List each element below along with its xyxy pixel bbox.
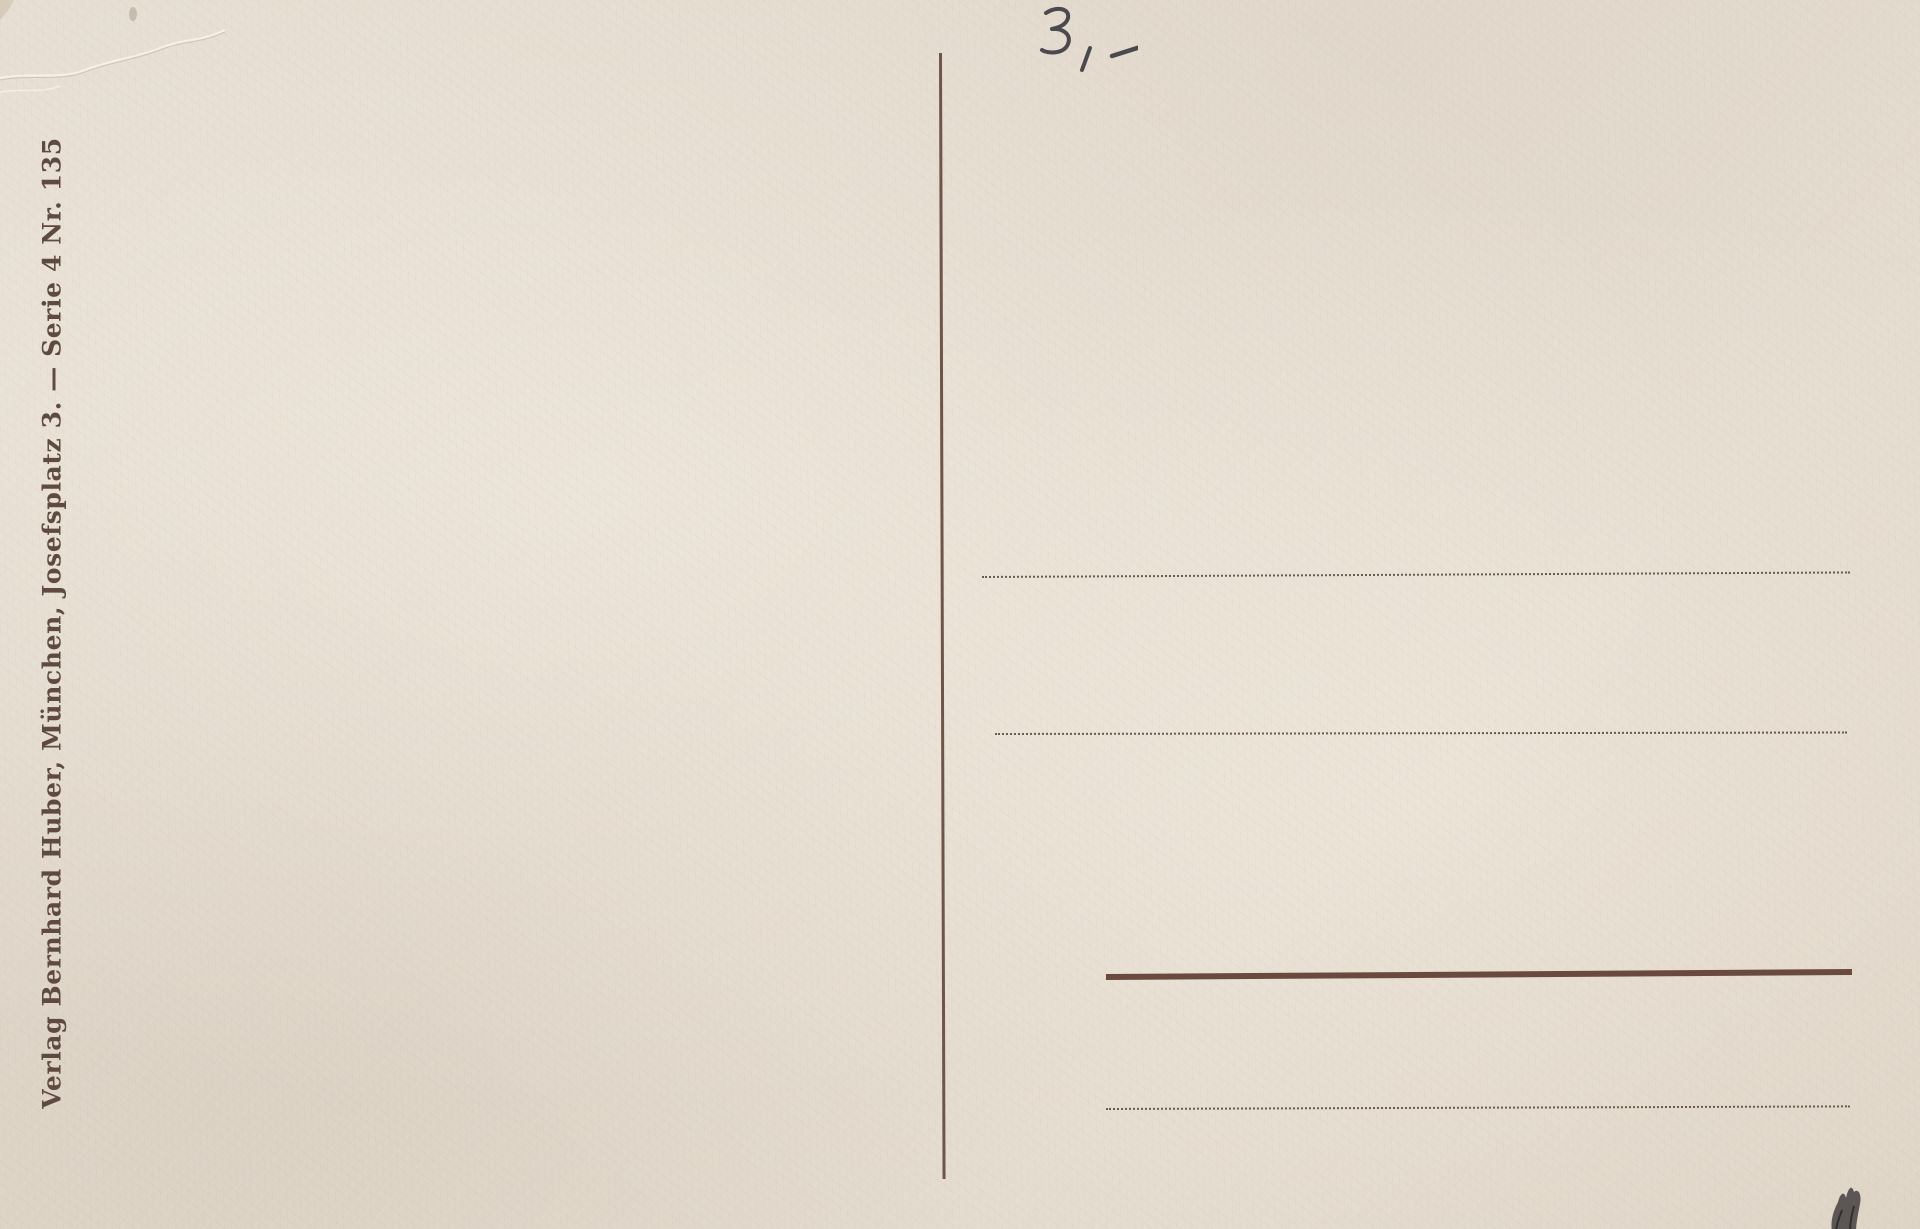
address-line-4-dotted: [1106, 1105, 1850, 1110]
handwritten-price: 3,–: [1018, 4, 1138, 79]
publisher-imprint: Verlag Bernhard Huber, München, Josefspl…: [38, 137, 67, 1109]
postcard-back: Verlag Bernhard Huber, München, Josefspl…: [0, 0, 1920, 1229]
address-line-1-dotted: [982, 571, 1850, 578]
corner-crease: [0, 0, 260, 110]
address-line-2-dotted: [995, 732, 1847, 735]
ink-smudge: [1822, 1180, 1867, 1229]
paper-texture: [0, 0, 1920, 1229]
center-divider-line: [939, 53, 946, 1179]
address-line-3-solid: [1106, 969, 1852, 980]
